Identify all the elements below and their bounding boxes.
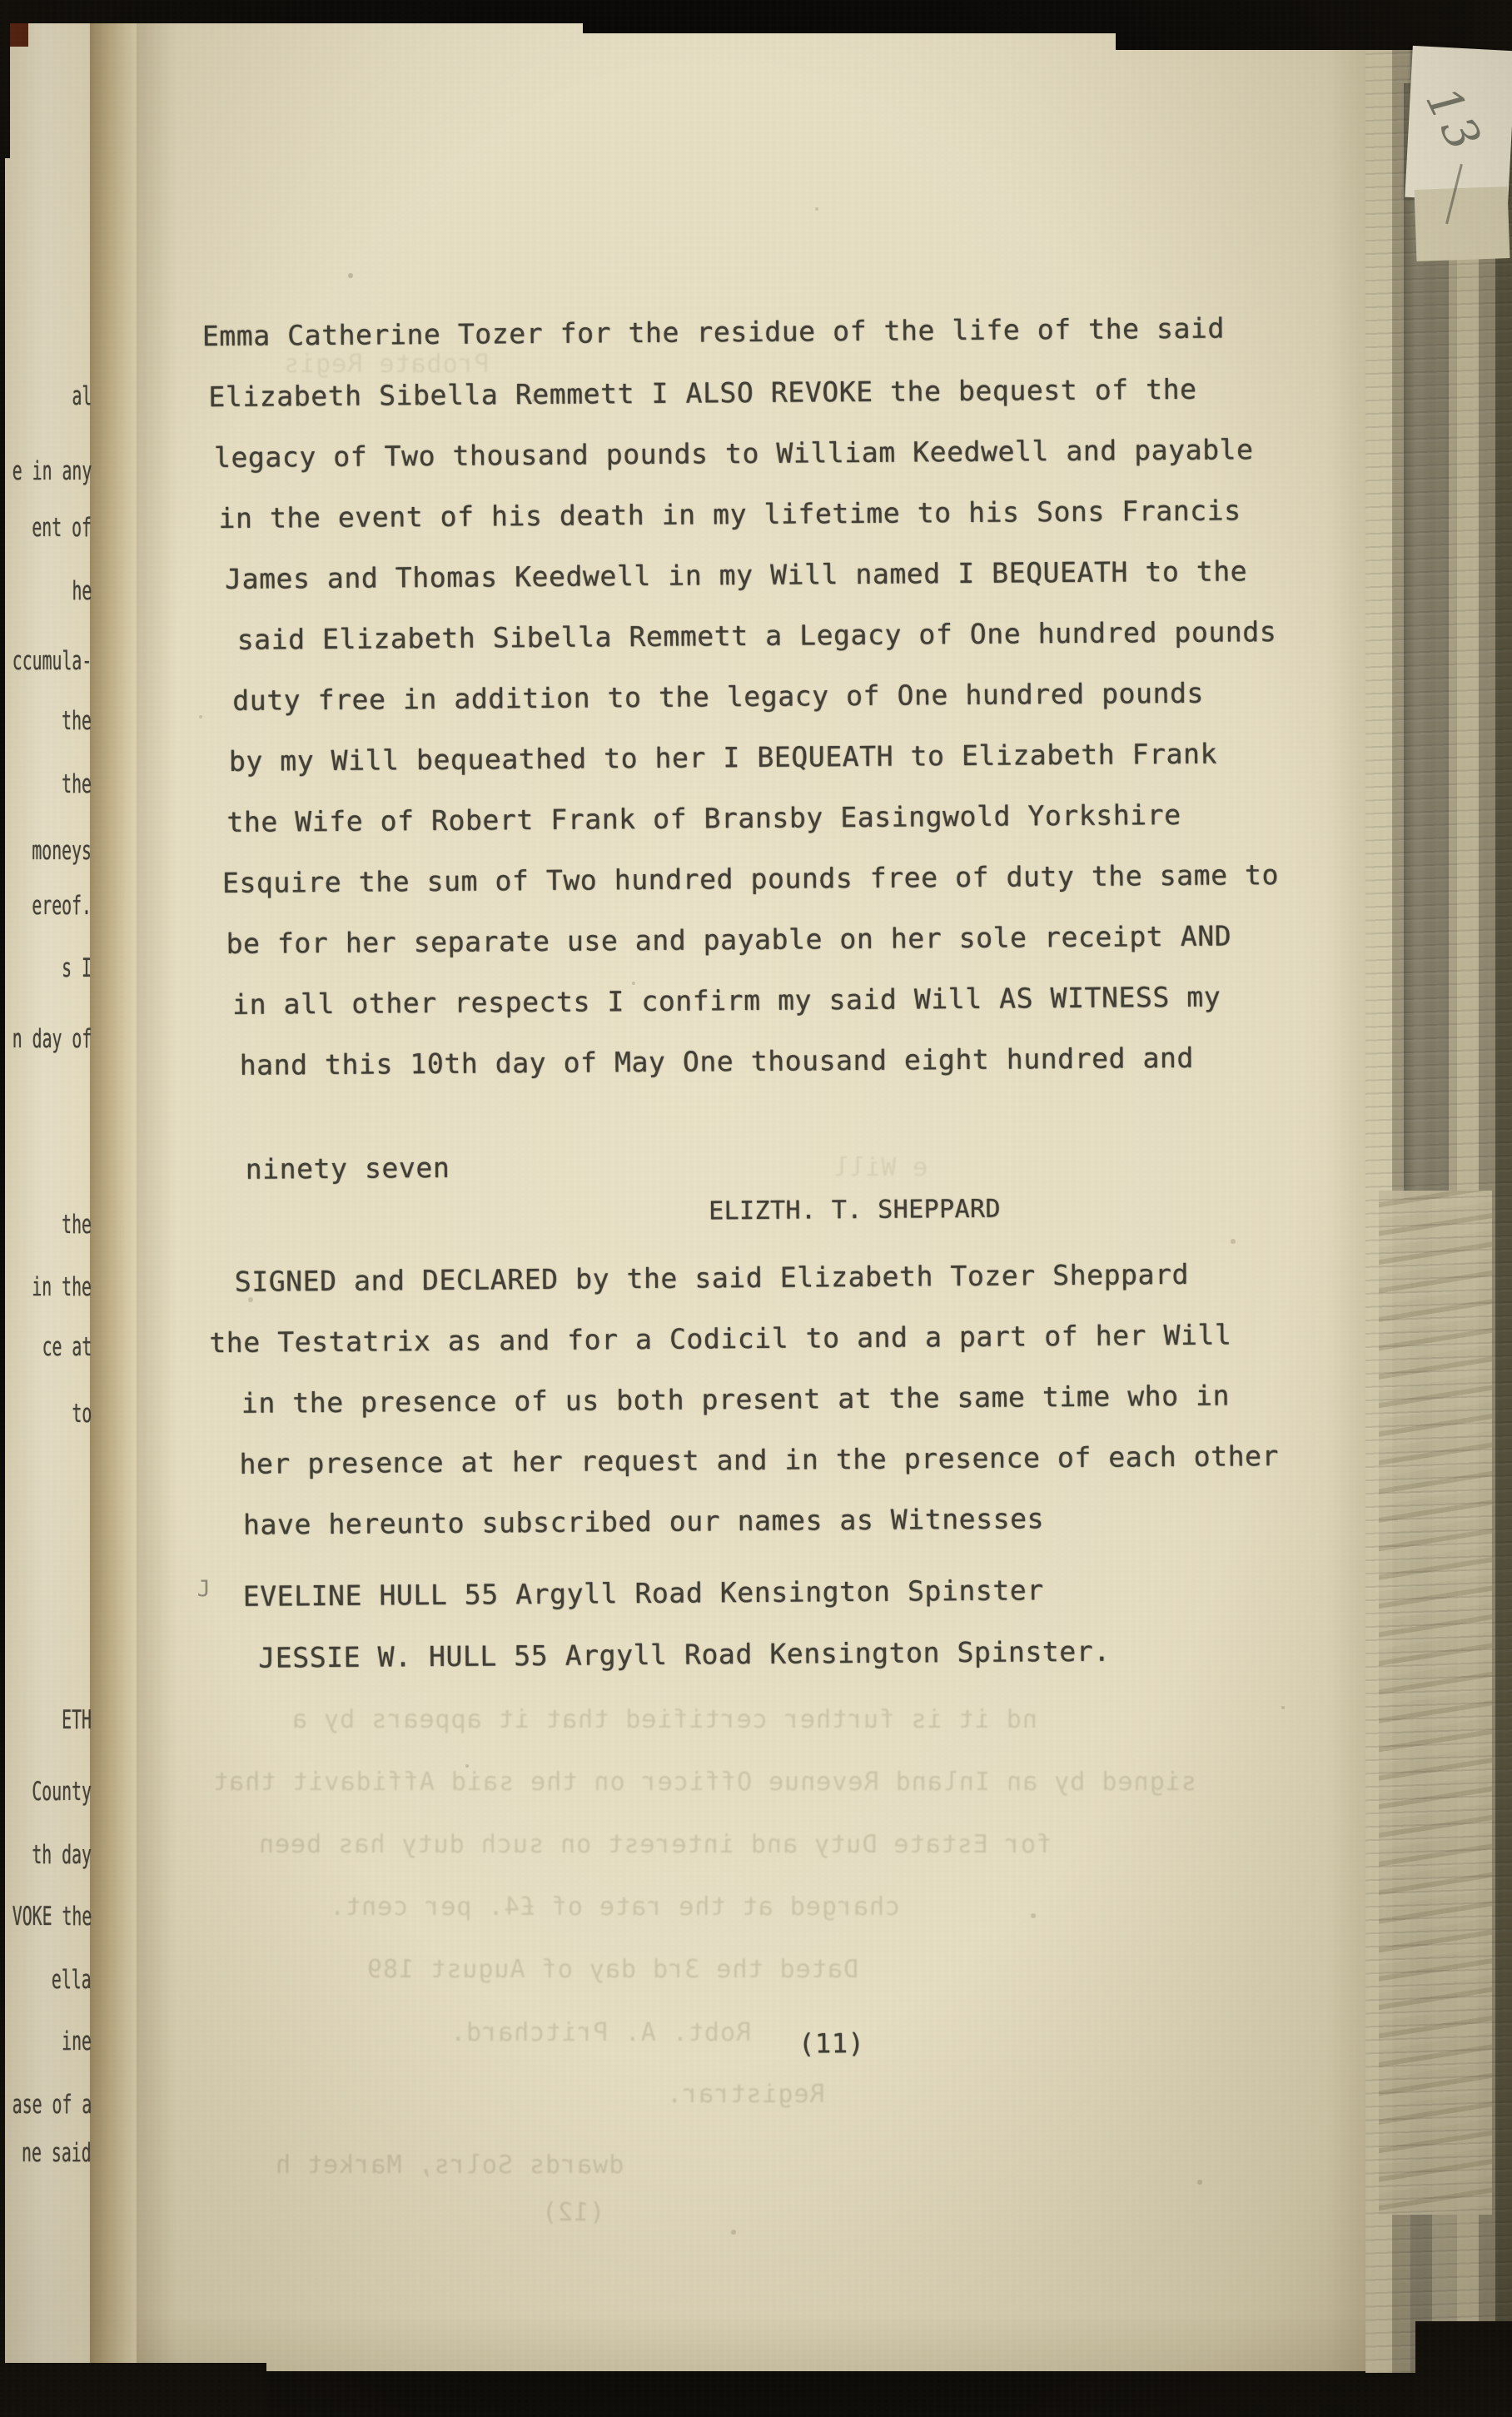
left-page-fragment: County [32, 1777, 92, 1807]
typed-line: said Elizabeth Sibella Remmett a Legacy … [237, 615, 1277, 657]
left-page-fragment: th day [32, 1840, 92, 1870]
attestation-line: her presence at her request and in the p… [239, 1440, 1279, 1481]
left-page-fragment: ine [62, 2027, 92, 2056]
attestation-line: the Testatrix as and for a Codicil to an… [209, 1318, 1231, 1360]
typed-text-layer: Emma Catherine Tozer for the residue of … [0, 0, 1512, 2417]
typed-line: ninety seven [246, 1151, 450, 1186]
left-page-fragment: ce at [42, 1332, 92, 1362]
left-page-fragment: VOKE the [12, 1902, 92, 1932]
left-page-fragment: the [62, 1210, 92, 1240]
typed-line: Emma Catherine Tozer for the residue of … [202, 311, 1225, 353]
paper-speck-layer [0, 0, 2, 2]
left-page-fragment: al [72, 381, 92, 411]
typed-line: the Wife of Robert Frank of Bransby Easi… [226, 798, 1181, 839]
left-page-fragment: to [72, 1399, 92, 1429]
witness-line: JESSIE W. HULL 55 Argyll Road Kensington… [258, 1635, 1111, 1675]
left-page-fragment: ella [52, 1965, 92, 1995]
left-page-fragment: n day of [12, 1024, 92, 1054]
left-page-fragment: the [62, 706, 92, 736]
typed-line: hand this 10th day of May One thousand e… [240, 1042, 1194, 1082]
typed-line: James and Thomas Keedwell in my Will nam… [225, 555, 1247, 596]
testatrix-signature: ELIZTH. T. SHEPPARD [709, 1193, 1001, 1229]
left-page-fragment: ereof. [32, 891, 92, 921]
typed-line: legacy of Two thousand pounds to William… [214, 433, 1254, 475]
attestation-line: in the presence of us both present at th… [241, 1379, 1230, 1420]
left-page-fragment: ase of a [12, 2090, 92, 2120]
typed-line: Esquire the sum of Two hundred pounds fr… [222, 858, 1279, 900]
stray-ink-mark: J [197, 1576, 211, 1602]
left-page-fragment: ne said [22, 2138, 92, 2168]
page-number: (11) [798, 2027, 865, 2061]
typed-line: in the event of his death in my lifetime… [218, 494, 1241, 535]
left-page-fragment: ccumula- [12, 646, 92, 676]
typed-line: by my Will bequeathed to her I BEQUEATH … [229, 738, 1217, 778]
typed-line: be for her separate use and payable on h… [226, 919, 1231, 960]
witness-line: EVELINE HULL 55 Argyll Road Kensington S… [243, 1574, 1044, 1614]
left-page-fragment: ETH [62, 1705, 92, 1735]
attestation-line: SIGNED and DECLARED by the said Elizabet… [235, 1258, 1189, 1299]
typed-line: duty free in addition to the legacy of O… [232, 677, 1204, 718]
left-page-fragment: the [62, 769, 92, 799]
left-page-fragment: e in any [12, 456, 92, 486]
left-page-fragment: in the [32, 1272, 92, 1302]
left-page-fragment: he [72, 576, 92, 606]
attestation-line: have hereunto subscribed our names as Wi… [243, 1502, 1044, 1542]
scanned-document-photo: 13 Probate Regis e Will nd it is further… [0, 0, 1512, 2417]
left-page-fragment: ent of [32, 513, 92, 543]
left-page-fragment: moneys [32, 836, 92, 866]
typed-line: Elizabeth Sibella Remmett I ALSO REVOKE … [208, 373, 1196, 414]
typed-line: in all other respects I confirm my said … [232, 981, 1221, 1022]
left-page-fragment: s I [62, 953, 92, 983]
